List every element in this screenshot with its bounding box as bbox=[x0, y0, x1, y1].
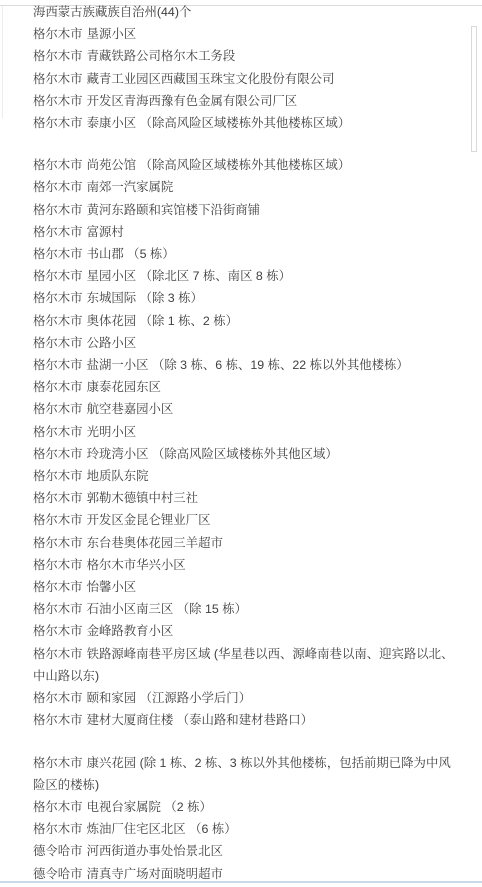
list-item: 格尔木市星园小区 （除北区 7 栋、南区 8 栋） bbox=[33, 265, 460, 287]
place-label: 盐湖一小区 （除 3 栋、6 栋、19 栋、22 栋以外其他楼栋） bbox=[87, 358, 409, 372]
place-label: 康泰花园东区 bbox=[87, 380, 161, 394]
place-label: 颐和家园 （江源路小学后门） bbox=[87, 691, 252, 705]
place-label: 金峰路教育小区 bbox=[87, 624, 174, 638]
city-label: 格尔木市 bbox=[33, 402, 83, 416]
list-group: 格尔木市康兴花园 (除 1 栋、2 栋、3 栋以外其他楼栋，包括前期已降为中风险… bbox=[33, 752, 460, 885]
city-label: 格尔木市 bbox=[33, 491, 83, 505]
list-item: 格尔木市康兴花园 (除 1 栋、2 栋、3 栋以外其他楼栋，包括前期已降为中风险… bbox=[33, 752, 460, 796]
list-item: 格尔木市富源村 bbox=[33, 221, 460, 243]
list-item: 格尔木市炼油厂住宅区北区 （6 栋） bbox=[33, 818, 460, 840]
city-label: 格尔木市 bbox=[33, 602, 83, 616]
place-label: 富源村 bbox=[87, 225, 124, 239]
city-label: 格尔木市 bbox=[33, 691, 83, 705]
place-label: 石油小区南三区 （除 15 栋） bbox=[87, 602, 247, 616]
list-item: 格尔木市金峰路教育小区 bbox=[33, 620, 460, 642]
list-item: 格尔木市航空巷嘉园小区 bbox=[33, 398, 460, 420]
city-label: 格尔木市 bbox=[33, 314, 83, 328]
list-item: 格尔木市公路小区 bbox=[33, 332, 460, 354]
city-label: 格尔木市 bbox=[33, 247, 83, 261]
city-label: 格尔木市 bbox=[33, 469, 83, 483]
list-item: 格尔木市开发区金昆仑锂业厂区 bbox=[33, 509, 460, 531]
list-item: 格尔木市郭勒木德镇中村三社 bbox=[33, 487, 460, 509]
left-border-line bbox=[2, 6, 3, 118]
list-item: 德令哈市河西街道办事处怡景北区 bbox=[33, 840, 460, 862]
list-item: 格尔木市电视台家属院 （2 栋） bbox=[33, 796, 460, 818]
place-label: 河西街道办事处怡景北区 bbox=[87, 844, 223, 858]
place-label: 东台巷奥体花园三羊超市 bbox=[87, 536, 223, 550]
list-group: 格尔木市尚苑公馆 （除高风险区域楼栋外其他楼栋区域）格尔木市南郊一汽家属院格尔木… bbox=[33, 154, 460, 731]
place-label: 垦源小区 bbox=[87, 27, 137, 41]
prefecture-title: 海西蒙古族藏族自治州(44)个 bbox=[33, 1, 460, 23]
list-item: 格尔木市颐和家园 （江源路小学后门） bbox=[33, 687, 460, 709]
place-label: 东城国际 （除 3 栋） bbox=[87, 291, 203, 305]
list-item: 格尔木市建材大厦商住楼 （泰山路和建材巷路口） bbox=[33, 709, 460, 731]
city-label: 格尔木市 bbox=[33, 49, 83, 63]
bottom-border-line bbox=[0, 881, 482, 883]
place-label: 黄河东路颐和宾馆楼下沿街商铺 bbox=[87, 203, 260, 217]
list-item: 格尔木市尚苑公馆 （除高风险区域楼栋外其他楼栋区域） bbox=[33, 154, 460, 176]
city-label: 格尔木市 bbox=[33, 756, 83, 770]
list-item: 格尔木市东城国际 （除 3 栋） bbox=[33, 287, 460, 309]
scrollbar-thumb[interactable] bbox=[471, 26, 477, 152]
city-label: 格尔木市 bbox=[33, 291, 83, 305]
place-label: 公路小区 bbox=[87, 336, 137, 350]
place-label: 开发区金昆仑锂业厂区 bbox=[87, 513, 211, 527]
place-label: 建材大厦商住楼 （泰山路和建材巷路口） bbox=[87, 713, 313, 727]
place-label: 炼油厂住宅区北区 （6 栋） bbox=[87, 822, 237, 836]
place-label: 怡馨小区 bbox=[87, 580, 137, 594]
city-label: 格尔木市 bbox=[33, 225, 83, 239]
list-item: 格尔木市盐湖一小区 （除 3 栋、6 栋、19 栋、22 栋以外其他楼栋） bbox=[33, 354, 460, 376]
place-label: 玲珑湾小区 （除高风险区域楼栋外其他区域） bbox=[87, 447, 338, 461]
list-item: 格尔木市东台巷奥体花园三羊超市 bbox=[33, 532, 460, 554]
city-label: 格尔木市 bbox=[33, 447, 83, 461]
city-label: 格尔木市 bbox=[33, 624, 83, 638]
city-label: 格尔木市 bbox=[33, 822, 83, 836]
place-label: 铁路源峰南巷平房区域 (华星巷以西、源峰南巷以南、迎宾路以北、中山路以东) bbox=[33, 647, 453, 683]
list-item: 格尔木市格尔木市华兴小区 bbox=[33, 554, 460, 576]
city-label: 格尔木市 bbox=[33, 27, 83, 41]
place-label: 开发区青海西豫有色金属有限公司厂区 bbox=[87, 94, 298, 108]
place-label: 电视台家属院 （2 栋） bbox=[87, 800, 212, 814]
place-label: 康兴花园 (除 1 栋、2 栋、3 栋以外其他楼栋，包括前期已降为中风险区的楼栋… bbox=[33, 756, 451, 792]
list-item: 格尔木市地质队东院 bbox=[33, 465, 460, 487]
city-label: 格尔木市 bbox=[33, 580, 83, 594]
list-item: 格尔木市书山郡 （5 栋） bbox=[33, 243, 460, 265]
place-label: 书山郡 （5 栋） bbox=[87, 247, 175, 261]
city-label: 德令哈市 bbox=[33, 867, 83, 881]
list-item: 格尔木市怡馨小区 bbox=[33, 576, 460, 598]
place-label: 格尔木市华兴小区 bbox=[87, 558, 186, 572]
place-label: 清真寺广场对面晓明超市 bbox=[87, 867, 223, 881]
document-page: 海西蒙古族藏族自治州(44)个 格尔木市垦源小区格尔木市青藏铁路公司格尔木工务段… bbox=[0, 0, 482, 887]
city-label: 格尔木市 bbox=[33, 536, 83, 550]
place-label: 青藏铁路公司格尔木工务段 bbox=[87, 49, 236, 63]
city-label: 格尔木市 bbox=[33, 203, 83, 217]
risk-area-list: 海西蒙古族藏族自治州(44)个 格尔木市垦源小区格尔木市青藏铁路公司格尔木工务段… bbox=[33, 1, 460, 885]
list-item: 格尔木市藏青工业园区西藏国玉珠宝文化股份有限公司 bbox=[33, 68, 460, 90]
list-item: 格尔木市开发区青海西豫有色金属有限公司厂区 bbox=[33, 90, 460, 112]
city-label: 格尔木市 bbox=[33, 336, 83, 350]
list-item: 格尔木市垦源小区 bbox=[33, 23, 460, 45]
place-label: 藏青工业园区西藏国玉珠宝文化股份有限公司 bbox=[87, 72, 335, 86]
place-label: 航空巷嘉园小区 bbox=[87, 402, 174, 416]
city-label: 格尔木市 bbox=[33, 358, 83, 372]
place-label: 泰康小区 （除高风险区域楼栋外其他楼栋区域） bbox=[87, 116, 351, 130]
list-item: 格尔木市石油小区南三区 （除 15 栋） bbox=[33, 598, 460, 620]
city-label: 格尔木市 bbox=[33, 380, 83, 394]
city-label: 格尔木市 bbox=[33, 513, 83, 527]
list-item: 格尔木市康泰花园东区 bbox=[33, 376, 460, 398]
list-item: 格尔木市光明小区 bbox=[33, 421, 460, 443]
city-label: 德令哈市 bbox=[33, 844, 83, 858]
place-label: 地质队东院 bbox=[87, 469, 149, 483]
city-label: 格尔木市 bbox=[33, 72, 83, 86]
list-item: 格尔木市南郊一汽家属院 bbox=[33, 176, 460, 198]
city-label: 格尔木市 bbox=[33, 800, 83, 814]
city-label: 格尔木市 bbox=[33, 647, 83, 661]
list-item: 格尔木市黄河东路颐和宾馆楼下沿街商铺 bbox=[33, 199, 460, 221]
city-label: 格尔木市 bbox=[33, 116, 83, 130]
city-label: 格尔木市 bbox=[33, 713, 83, 727]
city-label: 格尔木市 bbox=[33, 269, 83, 283]
list-item: 格尔木市青藏铁路公司格尔木工务段 bbox=[33, 45, 460, 67]
list-item: 格尔木市奥体花园 （除 1 栋、2 栋） bbox=[33, 310, 460, 332]
city-label: 格尔木市 bbox=[33, 425, 83, 439]
place-label: 郭勒木德镇中村三社 bbox=[87, 491, 199, 505]
city-label: 格尔木市 bbox=[33, 180, 83, 194]
list-item: 格尔木市铁路源峰南巷平房区域 (华星巷以西、源峰南巷以南、迎宾路以北、中山路以东… bbox=[33, 643, 460, 687]
list-group: 格尔木市垦源小区格尔木市青藏铁路公司格尔木工务段格尔木市藏青工业园区西藏国玉珠宝… bbox=[33, 23, 460, 134]
place-label: 奥体花园 （除 1 栋、2 栋） bbox=[87, 314, 238, 328]
place-label: 光明小区 bbox=[87, 425, 137, 439]
list-item: 格尔木市玲珑湾小区 （除高风险区域楼栋外其他区域） bbox=[33, 443, 460, 465]
city-label: 格尔木市 bbox=[33, 158, 83, 172]
place-label: 星园小区 （除北区 7 栋、南区 8 栋） bbox=[87, 269, 291, 283]
place-label: 尚苑公馆 （除高风险区域楼栋外其他楼栋区域） bbox=[87, 158, 351, 172]
list-groups: 格尔木市垦源小区格尔木市青藏铁路公司格尔木工务段格尔木市藏青工业园区西藏国玉珠宝… bbox=[33, 23, 460, 885]
list-item: 格尔木市泰康小区 （除高风险区域楼栋外其他楼栋区域） bbox=[33, 112, 460, 134]
city-label: 格尔木市 bbox=[33, 94, 83, 108]
city-label: 格尔木市 bbox=[33, 558, 83, 572]
place-label: 南郊一汽家属院 bbox=[87, 180, 174, 194]
